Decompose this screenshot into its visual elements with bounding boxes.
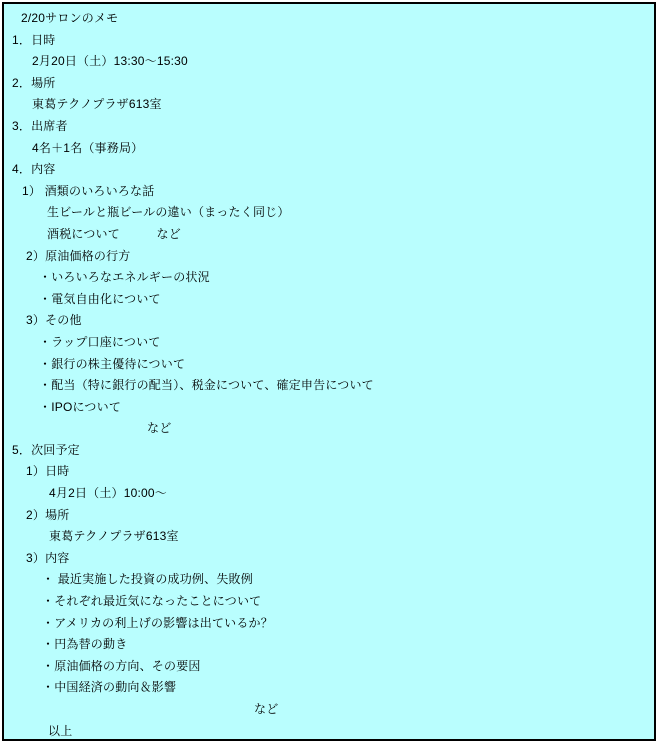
section-2-place-value: 東葛テクノプラザ613室	[4, 94, 654, 116]
topic-3-bullet: ・ラップ口座について	[4, 332, 654, 354]
next-3-bullet: ・原油価格の方向、その要因	[4, 656, 654, 678]
next-3-bullet: ・アメリカの利上げの影響は出ているか？	[4, 613, 654, 635]
next-2-place-value: 東葛テクノプラザ613室	[4, 526, 654, 548]
next-3-bullet: ・ 最近実施した投資の成功例、失敗例	[4, 569, 654, 591]
topic-1-heading: 1） 酒類のいろいろな話	[4, 181, 654, 203]
section-5-next-heading: 5．次回予定	[4, 440, 654, 462]
etc-note-section-4: など	[4, 418, 654, 440]
section-3-attendees-heading: 3．出席者	[4, 116, 654, 138]
next-2-place-heading: 2）場所	[4, 505, 654, 527]
topic-1-item-etc: 酒税について など	[4, 224, 654, 246]
next-3-bullet: ・中国経済の動向＆影響	[4, 677, 654, 699]
topic-3-bullet: ・IPOについて	[4, 397, 654, 419]
closing-ijou: 以上	[4, 721, 654, 741]
section-4-contents-heading: 4．内容	[4, 159, 654, 181]
section-1-datetime-value: 2月20日（土）13:30～15:30	[4, 51, 654, 73]
next-3-bullet: ・円為替の動き	[4, 634, 654, 656]
topic-3-bullet: ・銀行の株主優待について	[4, 354, 654, 376]
section-1-datetime-heading: 1．日時	[4, 30, 654, 52]
topic-1-item: 生ビールと瓶ビールの違い（まったく同じ）	[4, 202, 654, 224]
memo-document: 2/20サロンのメモ 1．日時 2月20日（土）13:30～15:30 2．場所…	[2, 2, 656, 741]
next-1-datetime-value: 4月2日（土）10:00～	[4, 483, 654, 505]
topic-2-bullet: ・いろいろなエネルギーの状況	[4, 267, 654, 289]
topic-3-bullet: ・配当（特に銀行の配当）、税金について、確定申告について	[4, 375, 654, 397]
next-1-datetime-heading: 1）日時	[4, 461, 654, 483]
topic-2-heading: 2）原油価格の行方	[4, 246, 654, 268]
section-3-attendees-value: 4名＋1名（事務局）	[4, 138, 654, 160]
memo-title: 2/20サロンのメモ	[4, 8, 654, 30]
section-2-place-heading: 2．場所	[4, 73, 654, 95]
next-3-bullet: ・それぞれ最近気になったことについて	[4, 591, 654, 613]
etc-note-section-5: など	[4, 699, 654, 721]
topic-2-bullet: ・電気自由化について	[4, 289, 654, 311]
next-3-contents-heading: 3）内容	[4, 548, 654, 570]
page: 2/20サロンのメモ 1．日時 2月20日（土）13:30～15:30 2．場所…	[0, 0, 662, 747]
topic-3-heading: 3）その他	[4, 310, 654, 332]
